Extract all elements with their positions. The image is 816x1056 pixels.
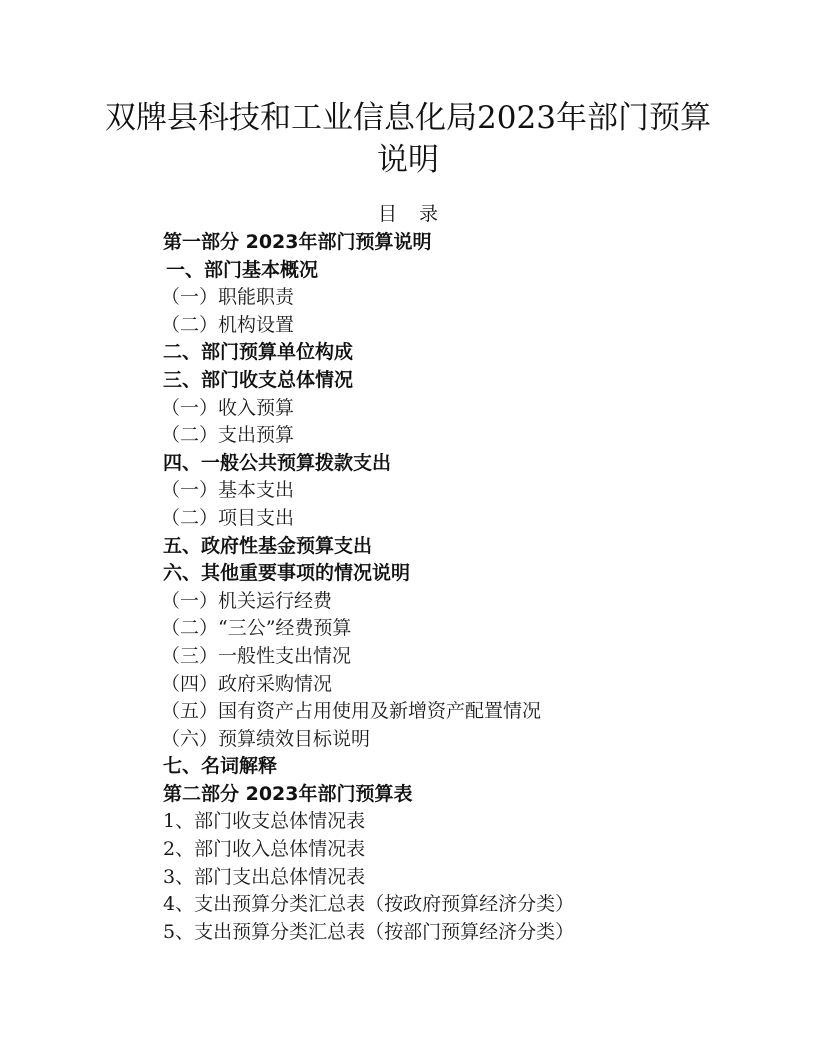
toc-item-sub[interactable]: （二）“三公”经费预算: [161, 615, 783, 643]
toc-item-sub[interactable]: （五）国有资产占用使用及新增资产配置情况: [161, 698, 783, 726]
document-title-line2: 说明: [0, 138, 816, 182]
toc-item-section-3[interactable]: 三、部门收支总体情况: [163, 367, 783, 395]
document-title-line1: 双牌县科技和工业信息化局2023年部门预算: [0, 96, 816, 140]
toc-item-section-6[interactable]: 六、其他重要事项的情况说明: [163, 560, 783, 588]
table-of-contents: 第一部分 2023年部门预算说明 一、部门基本概况 （一）职能职责 （二）机构设…: [163, 229, 783, 946]
toc-item-sub[interactable]: （六）预算绩效目标说明: [161, 726, 783, 754]
toc-item-table[interactable]: 2、部门收入总体情况表: [163, 836, 783, 864]
toc-item-sub[interactable]: （二）机构设置: [161, 312, 783, 340]
toc-item-table[interactable]: 1、部门收支总体情况表: [163, 808, 783, 836]
toc-item-part-1[interactable]: 第一部分 2023年部门预算说明: [163, 229, 783, 257]
toc-item-section-7[interactable]: 七、名词解释: [163, 753, 783, 781]
toc-item-sub[interactable]: （一）机关运行经费: [161, 588, 783, 616]
toc-item-table[interactable]: 3、部门支出总体情况表: [163, 864, 783, 892]
toc-item-table[interactable]: 4、支出预算分类汇总表（按政府预算经济分类）: [163, 891, 783, 919]
toc-item-sub[interactable]: （二）支出预算: [161, 422, 783, 450]
toc-item-section-1[interactable]: 一、部门基本概况: [163, 257, 783, 285]
toc-item-sub[interactable]: （一）职能职责: [161, 284, 783, 312]
toc-item-section-2[interactable]: 二、部门预算单位构成: [163, 339, 783, 367]
toc-heading: 目 录: [0, 201, 816, 227]
toc-item-part-2[interactable]: 第二部分 2023年部门预算表: [163, 781, 783, 809]
toc-item-sub[interactable]: （二）项目支出: [161, 505, 783, 533]
toc-item-section-4[interactable]: 四、一般公共预算拨款支出: [163, 450, 783, 478]
toc-item-section-5[interactable]: 五、政府性基金预算支出: [163, 533, 783, 561]
document-page: 双牌县科技和工业信息化局2023年部门预算 说明 目 录 第一部分 2023年部…: [0, 0, 816, 1056]
toc-item-sub[interactable]: （一）基本支出: [161, 477, 783, 505]
toc-item-sub[interactable]: （一）收入预算: [161, 395, 783, 423]
toc-item-sub[interactable]: （四）政府采购情况: [161, 671, 783, 699]
toc-item-table[interactable]: 5、支出预算分类汇总表（按部门预算经济分类）: [163, 919, 783, 947]
toc-item-sub[interactable]: （三）一般性支出情况: [161, 643, 783, 671]
